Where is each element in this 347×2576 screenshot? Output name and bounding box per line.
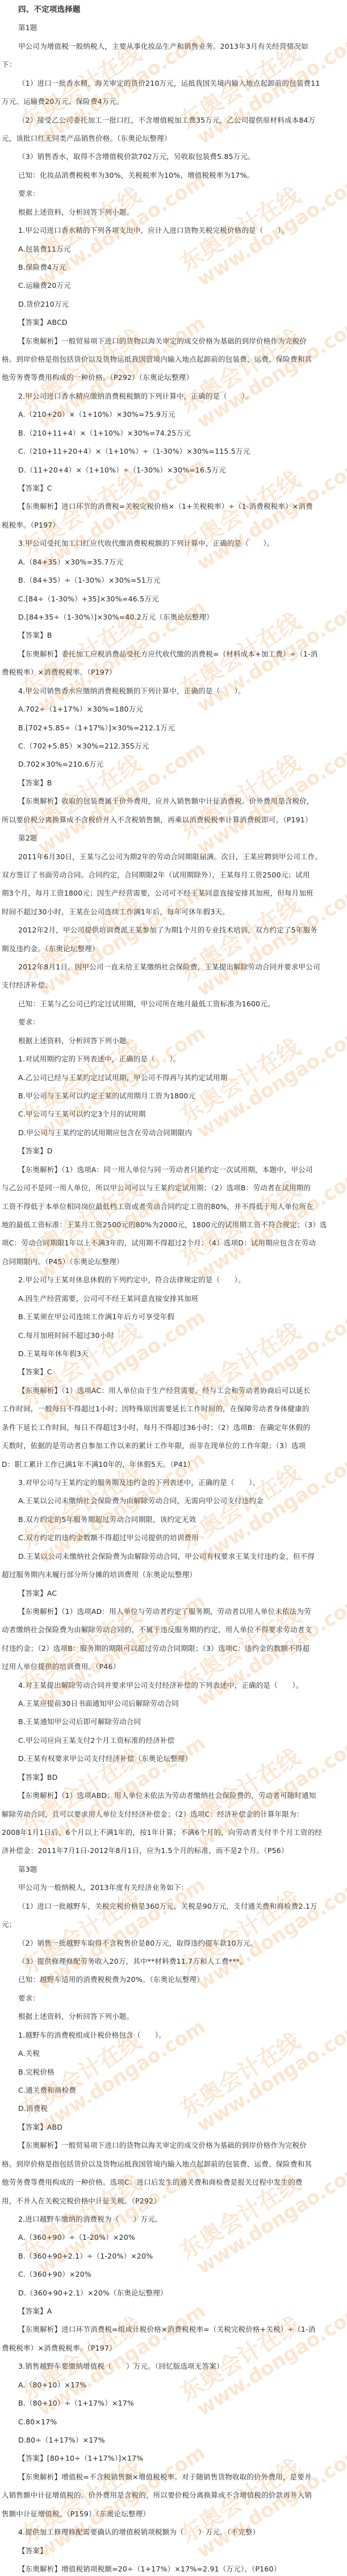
text-line: 售额中计征增值税。（P159）（东奥论坛整理） xyxy=(2,2510,150,2519)
option-line: A.包装费11万元 xyxy=(18,245,71,254)
analysis-line: 【东奥解析】进口环节的消费税=关税完税价格×（1+关税税率）÷（1-消费税税率）… xyxy=(18,502,313,511)
text-line: （2）销售一批越野车取得不含税售价是80万元，取得违约提车款10万元。 xyxy=(18,1939,258,1948)
text-line: 支付经济补偿。 xyxy=(2,981,52,990)
watermark-brand: 东奥会计在线 xyxy=(176,150,347,276)
text-line: 他劳务费等费用构成的一种价格。选项C：进口后发生的通关费和商检费是报关过程中发生… xyxy=(2,2178,303,2187)
option-line: B.（210+11+4）×（1+10%）×30%=74.25万元 xyxy=(18,429,191,438)
text-line: 济补偿金：2011年7月1日-2012年8月1日，应为1.5个月的标准，而不是2… xyxy=(2,1846,289,1855)
text-line: 万元、运输费20万元、保险费4万元。 xyxy=(2,97,124,106)
text-line: 根据上述资料，分析回答下列小题。 xyxy=(18,208,133,217)
question-stem: 1.甲公司进口香水精的下列各项支出中，应计入进口货物关税完税价格的是（ ）。 xyxy=(18,226,289,235)
option-line: A.乙公司已经与王某约定过试用期，甲公司不得再与其约定试用期 xyxy=(18,1073,227,1082)
watermark-brand: 东奥会计在线 xyxy=(176,1996,347,2122)
answer-line: 【答案】C xyxy=(18,1368,52,1377)
watermark-brand: 东奥会计在线 xyxy=(176,9,347,134)
watermark: 东奥会计在线www.dongao.com xyxy=(17,718,209,861)
option-line: D.王某每年休年假3天 xyxy=(18,1349,89,1358)
question-stem: 3.销售越野车要缴纳增值税（ ）万元。（回忆版选项无答案） xyxy=(18,2362,224,2371)
option-line: B.（80+10）÷（1+17%）×17% xyxy=(18,2399,134,2408)
question-stem: 2.甲公司进口香水精应缴纳消费税税额的下列计算中，正确的是（ ）。 xyxy=(18,392,252,401)
answer-line: 【答案】ABD xyxy=(18,2123,62,2132)
option-line: C.（360+90）×20% xyxy=(18,2270,91,2279)
option-line: C.（210+11+20+4）×（1+10%）÷（1-30%）×30%=115.… xyxy=(18,447,250,456)
option-line: D.王某以公司未缴纳社会保险费为由解除劳动合同，甲公司有权要求王某支付违约金，但… xyxy=(18,1552,315,1561)
option-line: B.双方约定的5年服务期超过劳动合同期限，该约定无效 xyxy=(18,1515,196,1524)
option-line: C.[84÷（1-30%）+35]×30%=46.5万元 xyxy=(18,595,159,604)
question-group-heading: 第3题 xyxy=(18,1865,37,1874)
option-line: B.完税价格 xyxy=(18,2068,55,2077)
analysis-line: 【东奥解析】进口环节消费税=组成计税价格×消费税税率=（关税完税价格+关税）÷（… xyxy=(18,2325,315,2334)
answer-line: 【答案】AC xyxy=(18,1589,57,1598)
question-stem: 2.甲公司与王某对休息休假的下列约定中，符合法律规定的是（ ）。 xyxy=(18,1276,245,1285)
watermark: 东奥会计在线www.dongao.com xyxy=(176,718,347,861)
option-line: C.甲公司应向王某支付2个月工资标准的经济补偿 xyxy=(18,1736,174,1745)
text-line: 格。到岸价格是指包括货价以及货物运抵我国管境内输入地点起卸前的包装费、运费、保险… xyxy=(2,2160,312,2169)
option-line: C.每月加班时间不超过30小时 xyxy=(18,1331,114,1340)
option-line: A.王某以公司未缴纳社会保险费为由解除劳动合同，无需向甲公司支付违约金 xyxy=(18,1496,264,1506)
option-line: A.（84+35）×30%=35.7万元 xyxy=(18,558,123,567)
option-line: B.（360+90+2.1）÷（1-20%）×20% xyxy=(18,2252,153,2261)
option-line: A.（210+20）×（1+10%）×30%=75.9万元 xyxy=(18,410,175,419)
option-line: A.702÷（1+17%）×30%=180万元 xyxy=(18,705,143,714)
text-line: 他劳务费等费用构成的一种价格。（P292）（东奥论坛整理） xyxy=(2,373,193,382)
analysis-line: 【东奥解析】（1）选项ABD：用人单位未依法为劳动者缴纳社会保险费的，劳动者可随… xyxy=(18,1791,316,1800)
text-line: 2012年2月，甲公司提供培训费派王某参加了为期1个月的专业技术培训，双方约定了… xyxy=(18,926,317,935)
answer-line: 【答案】ABCD xyxy=(18,318,68,327)
analysis-line: 【东奥解析】增值税销项税额=20÷（1+17%）×17%=2.91（万元）。（P… xyxy=(18,2565,281,2574)
text-line: （1）进口一批越野车，关税完税价格是360万元，关税是90万元，支付通关费和商检… xyxy=(18,1902,317,1911)
text-line: 下： xyxy=(2,60,16,69)
text-line: 已知：王某与乙公司已约定过试用期，甲公司所在地月最低工资标准为1600元。 xyxy=(18,1000,275,1009)
text-line: 2012年8月1日，因甲公司一直未给王某缴纳社会保险费，王某提出解除劳动合同并要… xyxy=(18,963,320,972)
text-line: 要求： xyxy=(18,1994,40,2003)
question-stem: 2.进口越野车缴纳的消费税为（ ）万元。 xyxy=(18,2215,162,2224)
watermark-brand: 东奥会计在线 xyxy=(17,1002,198,1128)
option-line: D.消费税 xyxy=(18,2104,48,2113)
watermark-url: www.dongao.com xyxy=(194,2300,347,2419)
text-line: 要求： xyxy=(18,189,40,198)
option-line: D.[84+35÷（1-30%）]×30%=40.2万元（东奥论坛整理） xyxy=(18,613,214,622)
question-stem: 1.越野车的消费税组成计税价格包含（ ）。 xyxy=(18,2031,166,2040)
text-line: 税税率。（P197） xyxy=(2,521,60,530)
analysis-line: 【东奥解析】委托加工应税消费品受托方应代收代缴的消费税=（材料成本+加工费）÷（… xyxy=(18,650,318,659)
answer-line: 【答案】[80+10÷（1+17%）]×17% xyxy=(18,2454,143,2463)
watermark-url: www.dongao.com xyxy=(194,880,347,1000)
option-line: A.（360+90）÷（1-20%）×20% xyxy=(18,2233,135,2242)
option-line: D.（11+20+4）×（1+10%）÷（1-30%）×30%=16.5万元 xyxy=(18,466,226,475)
question-stem: 1.对试用期约定的下列表述中，正确的是（ ）。 xyxy=(18,1055,180,1064)
text-line: 项C：劳动合同期限1年以上不满3年的，试用期不得超过2个月；（4）选项D：试用期… xyxy=(2,1239,316,1248)
text-line: 所以要价税分离换算成不含税价并入不含税销售额，再乘以消费税税率计算消费税即可。（… xyxy=(2,816,312,825)
question-stem: 4.对王某提出解除劳动合同并要求甲公司支付经济补偿的下列表述中，正确的是（ ）。 xyxy=(18,1681,303,1690)
text-line: 元； xyxy=(2,1920,16,1929)
text-line: 费税税率）×消费税税率。（P197） xyxy=(2,2344,116,2353)
text-line: 2008年1月1日后，6个月以上不满1年的，按1年计算；不满6个月的，向劳动者支… xyxy=(2,1828,322,1837)
option-line: B.[702+5.85÷（1+17%）]×30%=212.1万元 xyxy=(18,724,175,733)
text-line: 付违约金；（2）选项B：服务期的期限可以超过劳动合同期限；（3）选项C：违约金的… xyxy=(2,1644,310,1653)
text-line: 时间不超过30小时，王某在公司连续工作满1年后，每年可休年假3天。 xyxy=(2,908,229,917)
option-line: C.80×17% xyxy=(18,2418,57,2427)
option-line: D.80÷（1+17%）×17% xyxy=(18,2436,105,2445)
text-line: （2）接受乙公司委托加工一批口红，不含增值税加工费35万元，乙公司提供原材料成本… xyxy=(18,116,315,125)
watermark-url: www.dongao.com xyxy=(194,2158,347,2277)
text-line: 双方签订了书面劳动合同。合同约定，合同期限2年（试用期除外），王某每月工资250… xyxy=(2,871,310,880)
text-line: 已知：化妆品消费税税率为30%，关税税率为10%，增值税税率为17%。 xyxy=(18,171,254,180)
answer-line: 【答案】A xyxy=(18,2307,52,2316)
text-line: 动者缴纳社会保险费为由解除劳动合同的，不属于违反服务期的约定，用人单位不得要求劳… xyxy=(2,1625,312,1634)
analysis-line: 【东奥解析】收取的包装费属于价外费用，应并入销售额中计征消费税。价外费用是含税价… xyxy=(18,797,314,806)
text-line: 用，不并入在关税完税价格中计征关税。（P292） xyxy=(2,2197,161,2206)
answer-line: 【答案】BD xyxy=(18,1773,57,1782)
text-line: 工资不得低于本单位相同岗位最低档工资或者劳动合同约定工资的80%，并不得低于用人… xyxy=(2,1202,313,1211)
text-line: （1）进口一批香水精，海关审定的货价210万元，运抵我国关境内输入地点起卸前的包… xyxy=(18,79,320,88)
text-line: 已知：越野车适用的消费税税费为20%。（东奥论坛整理） xyxy=(18,1975,204,1984)
question-stem: 3.甲公司受托加工口红应代收代缴消费税税额的下列计算中，正确的是（ ）。 xyxy=(18,539,274,548)
question-group-heading: 第1题 xyxy=(18,23,37,32)
text-line: 解除劳动合同，且可以要求用人单位支付经济补偿金；（2）选项C：经济补偿金的计算年… xyxy=(2,1810,304,1819)
text-line: 工作时间，一般每日不得超过1小时；因特殊原因需要延长工作时间的，在保障劳动者身体… xyxy=(2,1404,310,1414)
watermark: 东奥会计在线www.dongao.com xyxy=(176,1996,347,2139)
question-stem: 4.提供加工修理修配需要确认的增值税销项税额为（ ）万元。（不完整） xyxy=(18,2528,260,2537)
option-line: C.双方约定的违约金数额不得超过甲公司提供的培训费用 xyxy=(18,1533,199,1542)
option-line: C.甲公司与王某可以约定3个月的试用期 xyxy=(18,1110,145,1119)
analysis-line: 【东奥解析】（1）选项AC：用人单位由于生产经营需要，经与工会和劳动者协商后可以… xyxy=(18,1386,311,1395)
option-line: D.王某有权要求甲公司支付经济补偿（东奥论坛整理） xyxy=(18,1754,192,1763)
option-line: A.（80+10）×17% xyxy=(18,2381,86,2390)
answer-line: 【答案】D xyxy=(18,1147,53,1156)
text-line: 天数时，依据的是劳动者自参加工作以来的累计工作年限，而非在现单位的工作年限；（3… xyxy=(2,1441,306,1450)
option-line: D.702×30%=210.6万元 xyxy=(18,760,103,769)
option-line: C.运输费20万元 xyxy=(18,281,71,290)
watermark-url: www.dongao.com xyxy=(194,1874,347,1993)
watermark-brand: 东奥会计在线 xyxy=(176,2138,347,2264)
watermark-brand: 东奥会计在线 xyxy=(176,1002,347,1128)
text-line: 元，该批口红无同类产品销售价格。（东奥论坛整理） xyxy=(2,134,172,143)
watermark-url: www.dongao.com xyxy=(194,2442,347,2561)
answer-line: 【答案】 xyxy=(18,2546,47,2556)
watermark: 东奥会计在线www.dongao.com xyxy=(176,2280,347,2423)
text-line: 超过服务期内未履行部分所分摊的培训费用（东奥论坛整理） xyxy=(2,1570,197,1579)
text-line: D：职工累计工作已满1年不满10年的，年休假5天。（P41） xyxy=(2,1460,195,1469)
text-line: 格。到岸价格是指包括货价以及货物运抵我国管境内输入地点起卸前的包装费、运费、保险… xyxy=(2,355,312,364)
option-line: A.王某应提前30日书面通知甲公司后解除劳动合同 xyxy=(18,1699,179,1708)
text-line: 2011年6月30日，王某与乙公司为期2年的劳动合同期限届满。次日，王某应聘到甲… xyxy=(18,852,322,862)
watermark-url: www.dongao.com xyxy=(194,1448,347,1567)
answer-line: 【答案】C xyxy=(18,484,52,493)
text-line: （3）销售香水，取得不含增值税价款702万元，另收取包装费5.85万元。 xyxy=(18,152,255,161)
text-line: 期3个月，每月工资1800元；因生产经营需要，公司可不经王某同意直接安排其加班，… xyxy=(2,889,313,898)
option-line: B.王某通知甲公司后即可解除劳动合同 xyxy=(18,1717,141,1726)
watermark-brand: 东奥会计在线 xyxy=(176,576,347,702)
option-line: B.保险费4万元 xyxy=(18,263,66,272)
analysis-line: 【东奥解析】（1）选项AD：用人单位与劳动者约定了服务期，劳动者以用人单位未依法… xyxy=(18,1607,311,1616)
text-line: 过用人单位提供的培训费用。（P46） xyxy=(2,1662,120,1671)
watermark-brand: 东奥会计在线 xyxy=(17,9,198,134)
section-title: 四、不定项选择题 xyxy=(18,5,81,14)
text-line: 甲公司为增值税一般纳税人，主要从事化妆品生产和销售业务。2013年3月有关经营情… xyxy=(18,42,308,51)
text-line: 期及违约金。（东奥论坛整理） xyxy=(2,944,99,954)
watermark-brand: 东奥会计在线 xyxy=(176,718,347,844)
option-line: B.（84+35）÷（1-30%）×30%=51万元 xyxy=(18,576,160,585)
text-line: 合同期限内。（P45）（东奥论坛整理） xyxy=(2,1257,124,1266)
text-line: （3）提供修理修配劳务收入20万，其中**材料费11.7万和人工费***。 xyxy=(18,1957,247,1966)
text-line: 根据上述资料，分析回答下列小题。 xyxy=(18,2012,133,2021)
option-line: B.甲公司与王某可以约定王某的试用期月工资为1800元 xyxy=(18,1092,195,1101)
analysis-line: 【东奥解析】一般贸易项下进口的货物以海关审定的成交价格为基础的到岸价格作为完税价 xyxy=(18,337,307,346)
analysis-line: 【东奥解析】（1）选项A：同一用人单位与同一劳动者只能约定一次试用期，本题中，甲… xyxy=(18,1165,313,1174)
question-group-heading: 第2题 xyxy=(18,834,37,843)
analysis-line: 【东奥解析】增值税=不含税销售额×增值税税率。对于随销售货物收取的价外费用，是要… xyxy=(18,2473,312,2482)
watermark: 东奥会计在线www.dongao.com xyxy=(176,576,347,719)
question-stem: 3.对甲公司与王某约定的服务期及违约金的下列表述中，正确的是（ ）。 xyxy=(18,1478,260,1487)
option-line: A.因生产经营需要，公司可不经王某同意直接安排其加班 xyxy=(18,1294,199,1303)
text-line: 甲公司为一般纳税人，2013年度有关经济业务如下： xyxy=(18,1883,188,1892)
text-line: 地的最低工资标准：王某月工资2500元的80%为2000元，1800元的试用期工… xyxy=(2,1220,327,1230)
text-line: 要求： xyxy=(18,1018,40,1027)
answer-line: 【答案】B xyxy=(18,779,52,788)
option-line: C.（702+5.85）×30%=212.355万元 xyxy=(18,742,149,751)
watermark-url: www.dongao.com xyxy=(194,2016,347,2135)
option-line: D.（360+90+2.1）×20%（东奥论坛整理） xyxy=(18,2289,168,2298)
watermark-brand: 东奥会计在线 xyxy=(176,2280,347,2406)
analysis-line: 【东奥解析】一般贸易项下进口的货物以海关审定的成交价格为基础的到岸价格作为完税价 xyxy=(18,2141,307,2150)
text-line: 条件下延长工作时间，每日不得超过3小时，每月不得超过36小时；（2）选项B：在确… xyxy=(2,1423,310,1432)
text-line: 根据上述资料，分析回答下列小题。 xyxy=(18,1036,133,1046)
option-line: A.关税 xyxy=(18,2049,40,2058)
option-line: C.通关费和商检费 xyxy=(18,2086,76,2095)
question-stem: 4.甲公司销售香水应缴纳消费税税额的下列计算中，正确的是（ ）。 xyxy=(18,687,245,696)
watermark-url: www.dongao.com xyxy=(194,312,347,432)
option-line: D.甲公司与王某约定的试用期应包含在劳动合同期限内 xyxy=(18,1128,192,1138)
text-line: 与乙公司不是同一用人单位，所以甲公司可以与王某约定试用期；（2）选项B：劳动者在… xyxy=(2,1184,311,1193)
option-line: B.王某须在甲公司连续工作满1年后方可享受年假 xyxy=(18,1312,174,1322)
text-line: 入销售额中计征增值税的。价外费用是含税的，所以要价税分离换算成不含增值税的价款再… xyxy=(2,2491,312,2500)
text-line: 费税税率）×消费税税率。（P197） xyxy=(2,668,116,677)
watermark-url: www.dongao.com xyxy=(35,880,209,1000)
option-line: D.货价210万元 xyxy=(18,300,69,309)
watermark: 东奥会计在线www.dongao.com xyxy=(176,1570,347,1713)
answer-line: 【答案】B xyxy=(18,631,52,640)
